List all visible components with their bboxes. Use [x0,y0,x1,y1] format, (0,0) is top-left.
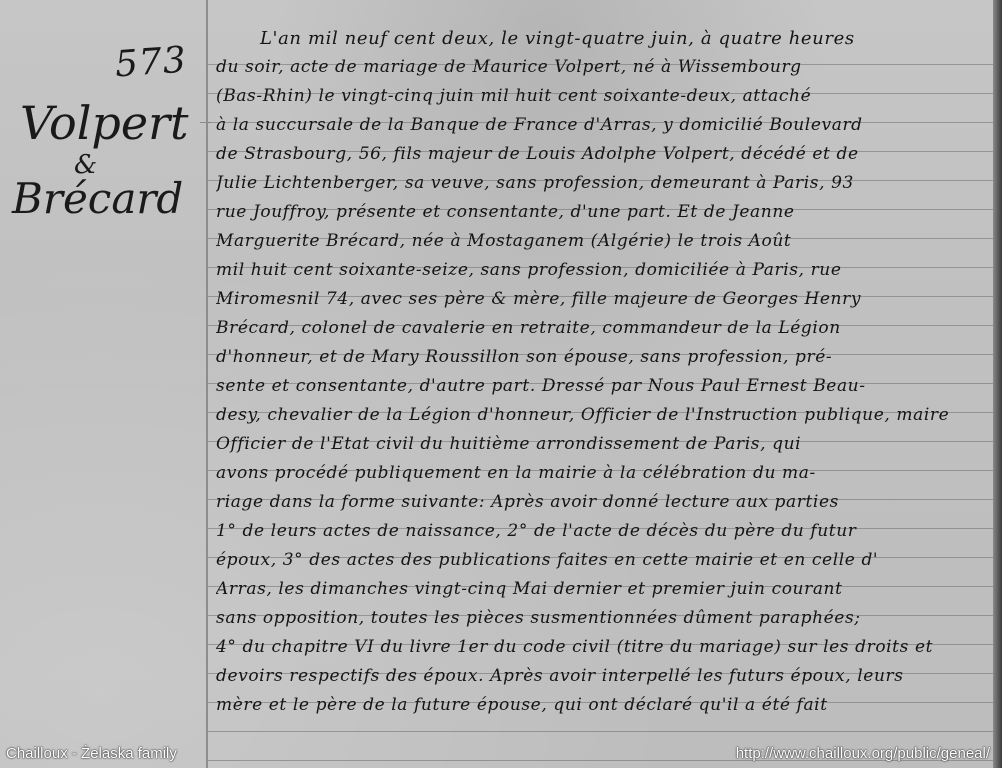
record-number: 573 [114,40,188,86]
text-line: Miromesnil 74, avec ses père & mère, fil… [216,285,986,314]
text-line: sente et consentante, d'autre part. Dres… [216,372,986,401]
text-line: de Strasbourg, 56, fils majeur de Louis … [216,140,986,169]
text-line: Marguerite Brécard, née à Mostaganem (Al… [216,227,986,256]
text-line: Officier de l'Etat civil du huitième arr… [216,430,986,459]
text-line: desy, chevalier de la Légion d'honneur, … [216,401,986,430]
text-line: Julie Lichtenberger, sa veuve, sans prof… [216,169,986,198]
ruled-line [208,731,993,732]
text-line: Brécard, colonel de cavalerie en retrait… [216,314,986,343]
text-line: avons procédé publiquement en la mairie … [216,459,986,488]
text-line: Arras, les dimanches vingt-cinq Mai dern… [216,575,986,604]
text-line: (Bas-Rhin) le vingt-cinq juin mil huit c… [216,82,986,111]
text-line: mil huit cent soixante-seize, sans profe… [216,256,986,285]
record-body-text: L'an mil neuf cent deux, le vingt-quatre… [216,24,986,720]
margin-rule-line [206,0,208,768]
text-line: riage dans la forme suivante: Après avoi… [216,488,986,517]
family-caption: Chailloux - Żelaska family [6,745,177,762]
text-line: 4° du chapitre VI du livre 1er du code c… [216,633,986,662]
text-line: devoirs respectifs des époux. Après avoi… [216,662,986,691]
text-line: L'an mil neuf cent deux, le vingt-quatre… [216,24,986,53]
scanned-document-page: 573 Volpert & Brécard L'an mil neuf cent… [0,0,1002,768]
text-line: mère et le père de la future épouse, qui… [216,691,986,720]
text-line: époux, 3° des actes des publications fai… [216,546,986,575]
text-line: du soir, acte de mariage de Maurice Volp… [216,53,986,82]
page-edge-shadow [993,0,1002,768]
margin-surname-bride: Brécard [12,174,183,223]
source-url-caption: http://www.chailloux.org/public/geneal/ [736,745,990,762]
text-line: à la succursale de la Banque de France d… [216,111,986,140]
margin-surname-groom: Volpert [20,96,189,150]
text-line: 1° de leurs actes de naissance, 2° de l'… [216,517,986,546]
text-line: rue Jouffroy, présente et consentante, d… [216,198,986,227]
text-line: sans opposition, toutes les pièces susme… [216,604,986,633]
text-line: d'honneur, et de Mary Roussillon son épo… [216,343,986,372]
